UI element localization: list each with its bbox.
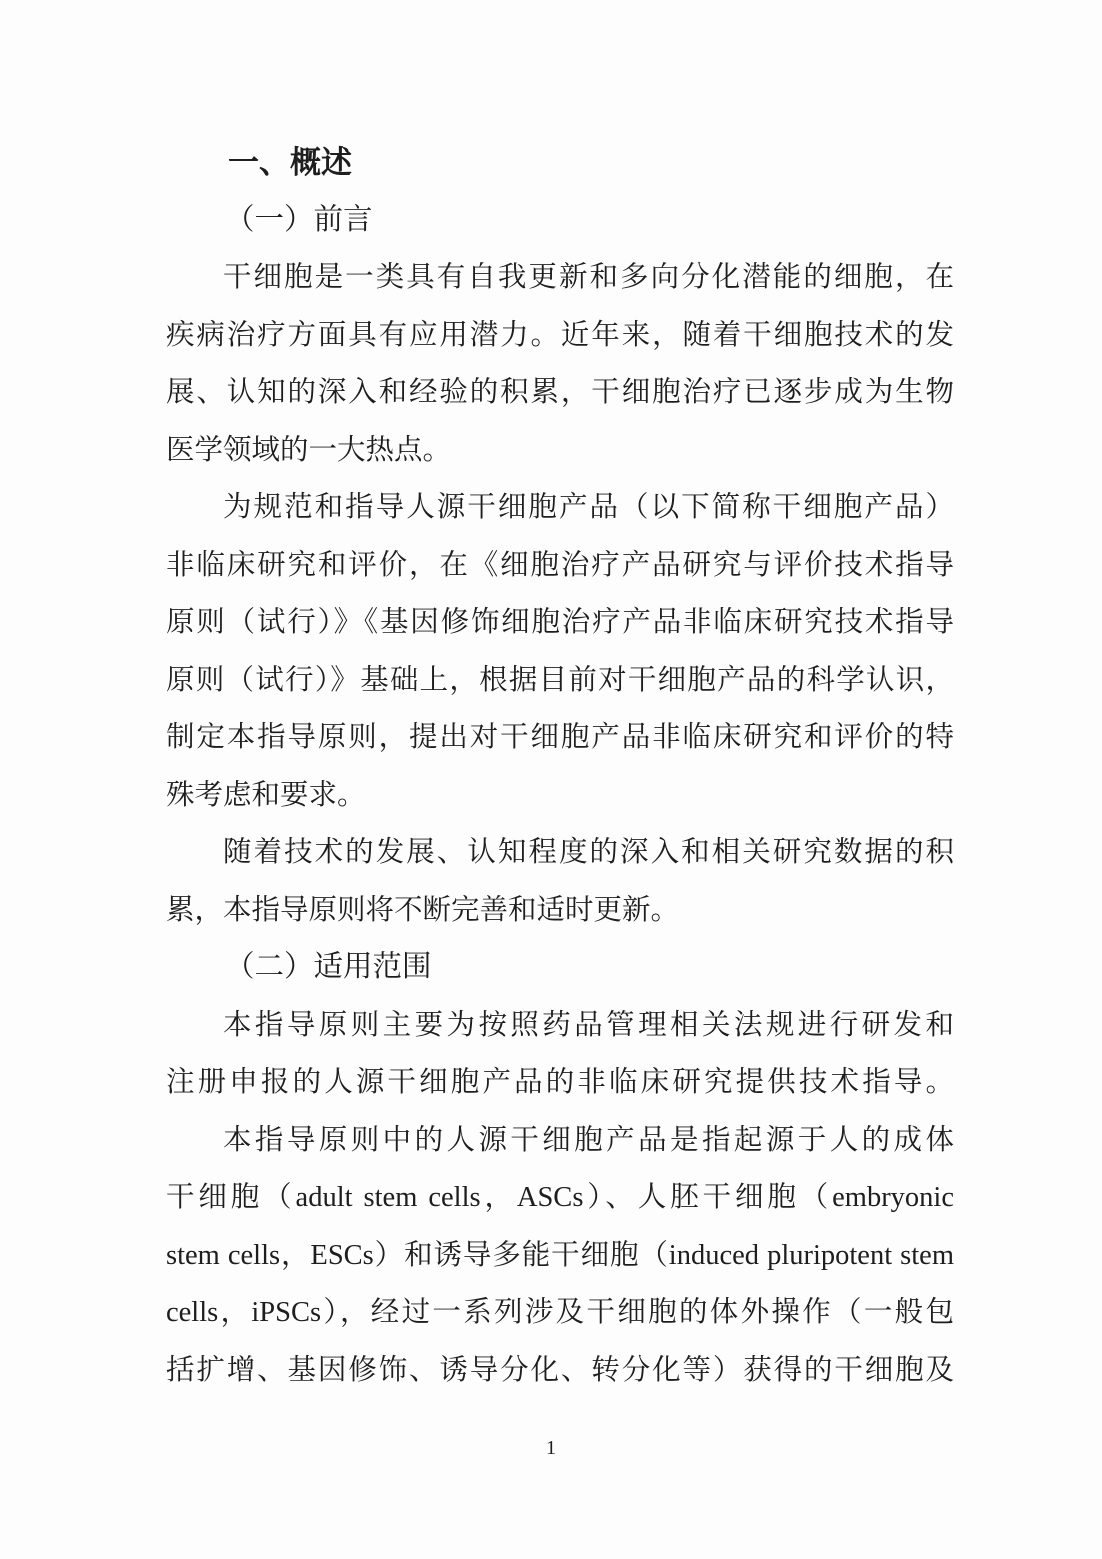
text-line: stem cells，ESCs）和诱导多能干细胞（induced pluripo… bbox=[166, 1227, 954, 1285]
text-line: 随着技术的发展、认知程度的深入和相关研究数据的积 bbox=[166, 824, 954, 882]
subsection-heading: （一）前言 bbox=[166, 192, 954, 250]
text-line: 本指导原则中的人源干细胞产品是指起源于人的成体 bbox=[166, 1112, 954, 1170]
text-line: 括扩增、基因修饰、诱导分化、转分化等）获得的干细胞及 bbox=[166, 1342, 954, 1400]
subsection-heading: （二）适用范围 bbox=[166, 939, 954, 997]
page-number: 1 bbox=[0, 1433, 1102, 1463]
document-page: 一、概述（一）前言干细胞是一类具有自我更新和多向分化潜能的细胞，在疾病治疗方面具… bbox=[0, 0, 1102, 1559]
text-line: 注册申报的人源干细胞产品的非临床研究提供技术指导。 bbox=[166, 1054, 954, 1112]
text-line: 干细胞（adult stem cells，ASCs）、人胚干细胞（embryon… bbox=[166, 1169, 954, 1227]
text-line: cells，iPSCs），经过一系列涉及干细胞的体外操作（一般包 bbox=[166, 1284, 954, 1342]
text-line: 本指导原则主要为按照药品管理相关法规进行研发和 bbox=[166, 997, 954, 1055]
text-line: 原则（试行）》《基因修饰细胞治疗产品非临床研究技术指导 bbox=[166, 594, 954, 652]
text-line: 展、认知的深入和经验的积累，干细胞治疗已逐步成为生物 bbox=[166, 364, 954, 422]
text-line: 制定本指导原则，提出对干细胞产品非临床研究和评价的特 bbox=[166, 709, 954, 767]
text-line: 疾病治疗方面具有应用潜力。近年来，随着干细胞技术的发 bbox=[166, 307, 954, 365]
text-line: 累，本指导原则将不断完善和适时更新。 bbox=[166, 882, 954, 940]
text-line: 为规范和指导人源干细胞产品（以下简称干细胞产品） bbox=[166, 479, 954, 537]
text-line: 干细胞是一类具有自我更新和多向分化潜能的细胞，在 bbox=[166, 249, 954, 307]
text-line: 殊考虑和要求。 bbox=[166, 767, 954, 825]
text-line: 原则（试行）》基础上，根据目前对干细胞产品的科学认识， bbox=[166, 652, 954, 710]
section-heading: 一、概述 bbox=[166, 134, 954, 192]
document-body: 一、概述（一）前言干细胞是一类具有自我更新和多向分化潜能的细胞，在疾病治疗方面具… bbox=[166, 134, 954, 1399]
text-line: 非临床研究和评价，在《细胞治疗产品研究与评价技术指导 bbox=[166, 537, 954, 595]
text-line: 医学领域的一大热点。 bbox=[166, 422, 954, 480]
